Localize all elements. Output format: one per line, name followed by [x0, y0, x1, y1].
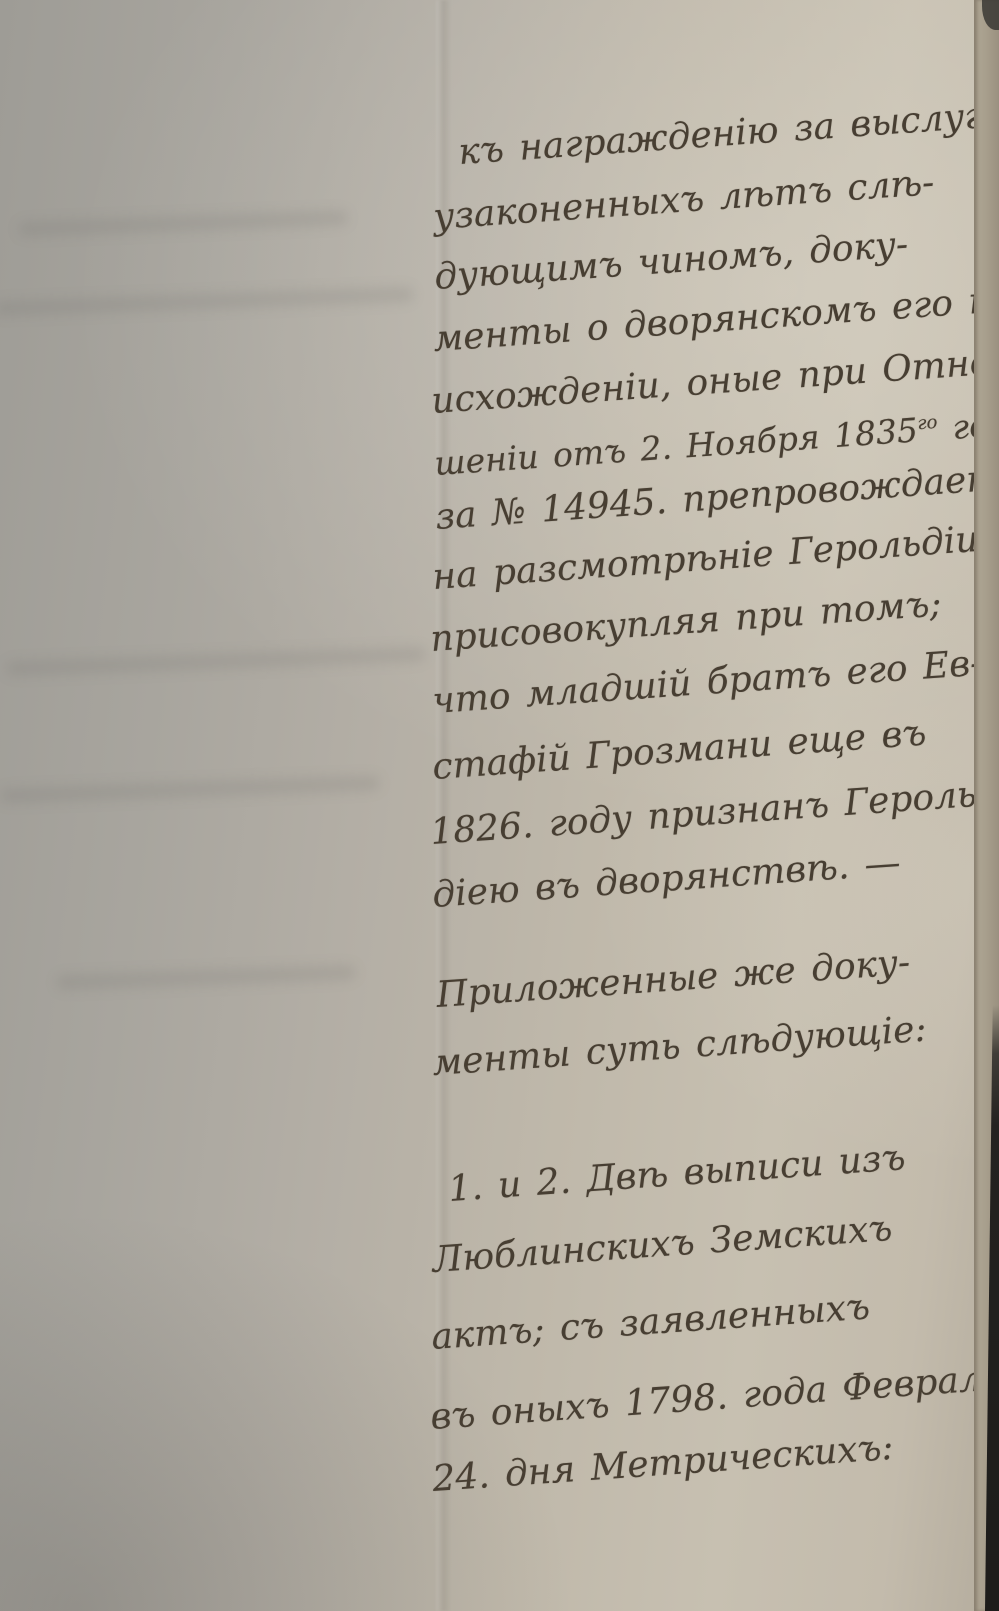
show-through-mark — [0, 287, 414, 317]
manuscript-line: Приложенные же доку- — [435, 941, 912, 1018]
manuscript-line: 1. и 2. Двѣ выписи изъ — [447, 1136, 907, 1212]
manuscript-line: 1826. году признанъ Героль- — [429, 772, 990, 855]
manuscript-line: менты суть слѣдующіе: — [431, 1008, 928, 1086]
show-through-mark — [18, 210, 348, 237]
show-through-mark — [0, 775, 380, 803]
fold-crease — [436, 0, 450, 1611]
manuscript-line: Люблинскихъ Земскихъ — [431, 1207, 894, 1283]
manuscript-photo: къ награжденію за выслугу узаконенныхъ л… — [0, 0, 999, 1611]
manuscript-line: стафій Грозмани еще въ — [431, 712, 928, 790]
show-through-mark — [56, 965, 356, 990]
manuscript-line: актъ; съ заявленныхъ — [430, 1285, 871, 1360]
ordinal-superscript: го — [917, 412, 939, 434]
manuscript-line: въ оныхъ 1798. года Февраля — [429, 1356, 999, 1440]
manuscript-line: 24. дня Метрическихъ: — [431, 1426, 895, 1502]
show-through-mark — [6, 647, 426, 677]
manuscript-line: діею въ дворянствѣ. — — [431, 841, 902, 918]
